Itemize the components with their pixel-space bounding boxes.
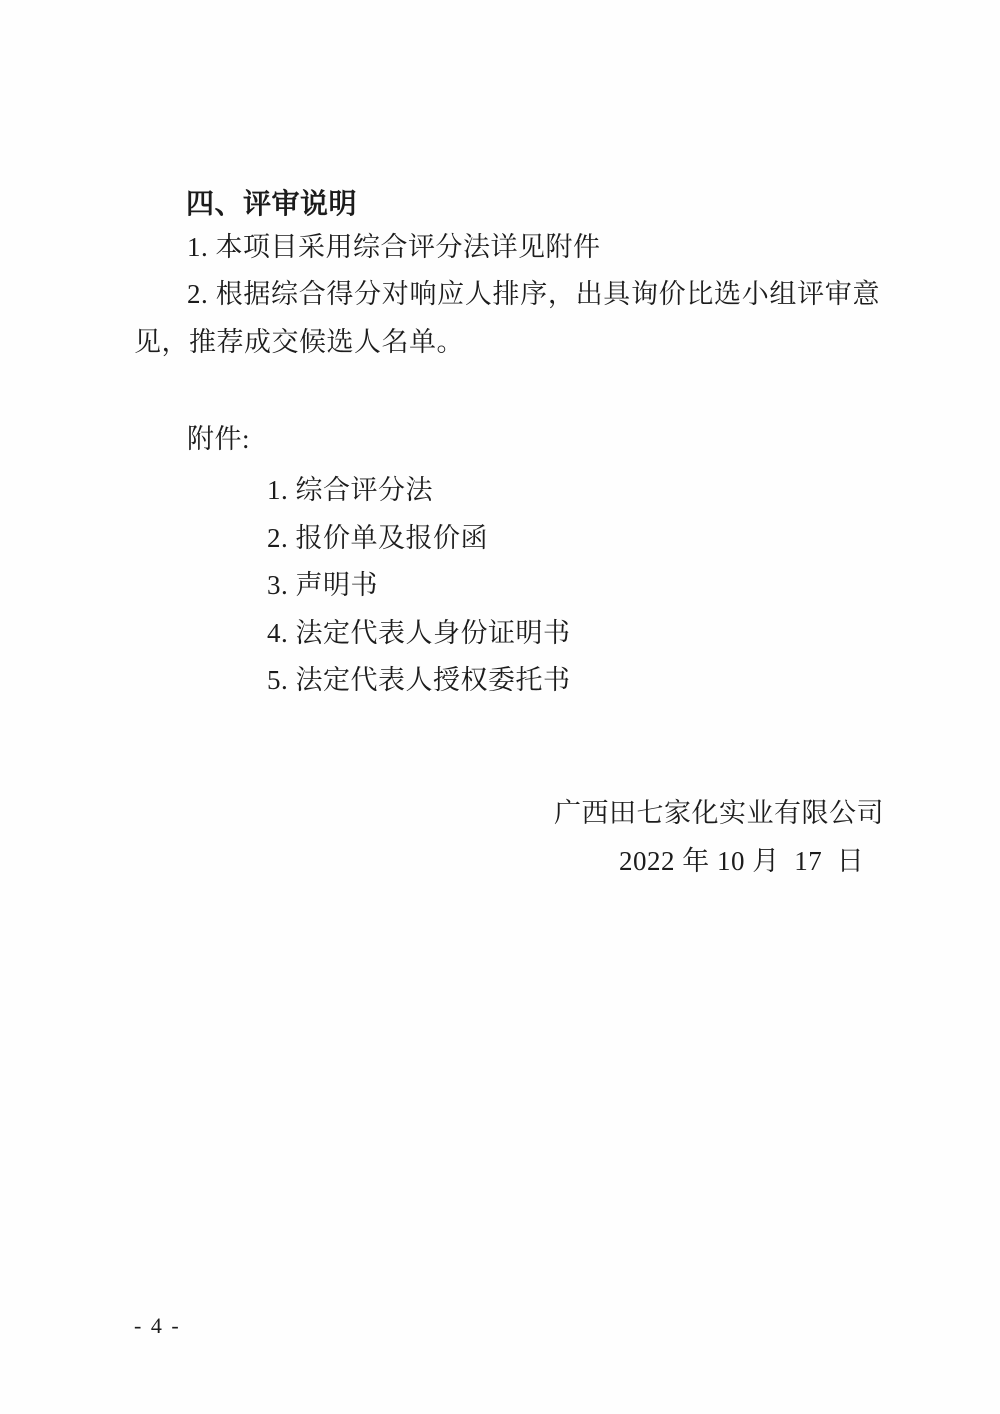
attachment-item-1: 1. 综合评分法	[267, 468, 571, 516]
document-page: 四、评审说明 1. 本项目采用综合评分法详见附件 2. 根据综合得分对响应人排序…	[0, 0, 1000, 1414]
paragraph-2-line-1: 2. 根据综合得分对响应人排序，出具询价比选小组评审意	[187, 279, 880, 311]
paragraph-1: 1. 本项目采用综合评分法详见附件	[187, 232, 601, 264]
attachment-item-3: 3. 声明书	[267, 563, 571, 611]
attachment-item-4: 4. 法定代表人身份证明书	[267, 611, 571, 659]
attachments-list: 1. 综合评分法 2. 报价单及报价函 3. 声明书 4. 法定代表人身份证明书…	[267, 468, 571, 706]
signature-company: 广西田七家化实业有限公司	[554, 798, 884, 830]
attachment-item-5: 5. 法定代表人授权委托书	[267, 658, 571, 706]
page-number: - 4 -	[134, 1313, 181, 1339]
section-heading: 四、评审说明	[186, 187, 357, 220]
signature-date: 2022 年 10 月 17 日	[619, 846, 864, 878]
paragraph-2-line-2: 见，推荐成交候选人名单。	[134, 327, 464, 359]
attachment-item-2: 2. 报价单及报价函	[267, 516, 571, 564]
attachments-label: 附件:	[187, 424, 250, 456]
